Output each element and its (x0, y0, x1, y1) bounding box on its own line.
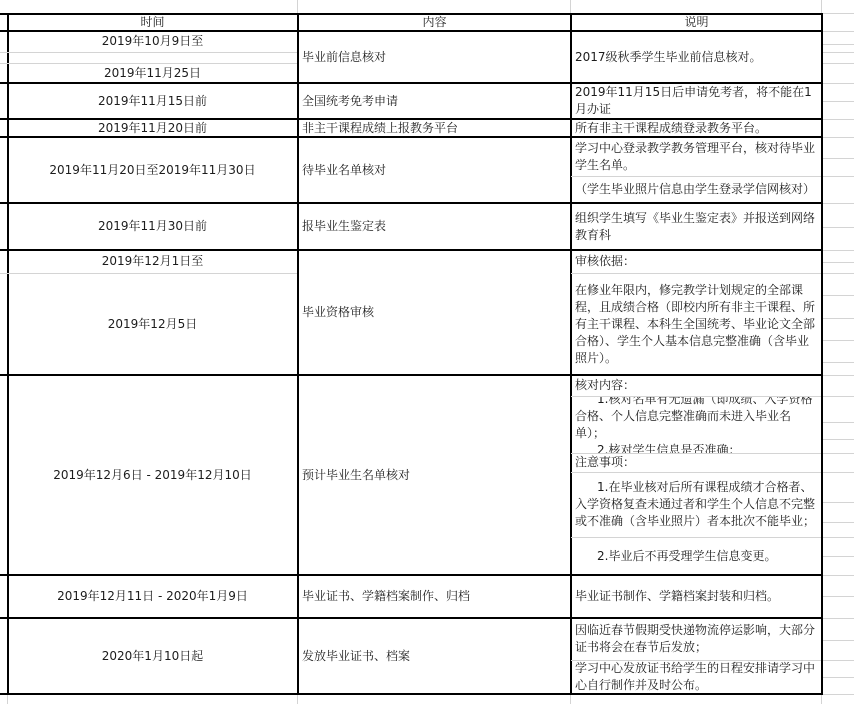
content-text: 毕业资格审核 (302, 304, 568, 321)
table-border-line (570, 13, 572, 695)
time-text: 2020年1月10日起 (7, 648, 298, 665)
time-text: 2019年12月1日至 (7, 253, 298, 270)
time-cell: 2019年12月5日 (7, 273, 298, 375)
gridline (823, 44, 854, 45)
content-text: 发放毕业证书、档案 (302, 648, 568, 665)
table-border-line (0, 13, 823, 15)
note-cell: 1.核对名单有无遗漏（即成绩、入学资格合格、个人信息完整准确而未进入毕业名单）；… (571, 396, 822, 453)
note-cell: 2.毕业后不再受理学生信息变更。 (571, 537, 822, 575)
gridline (823, 694, 854, 695)
note-cell: 在修业年限内，修完教学计划规定的全部课程，且成绩合格（即校内所有非主干课程、所有… (571, 273, 822, 375)
note-cell: 1.在毕业核对后所有课程成绩才合格者、入学资格复查未通过者和学生个人信息不完整或… (571, 472, 822, 537)
gridline (821, 695, 822, 704)
gridline (823, 537, 854, 538)
content-cell: 全国统考免考申请 (298, 83, 571, 119)
table-border-line (0, 617, 823, 619)
note-text: （学生毕业照片信息由学生登录学信网核对） (575, 181, 819, 198)
note-text: 1.在毕业核对后所有课程成绩才合格者、入学资格复查未通过者和学生个人信息不完整或… (575, 479, 819, 530)
gridline (823, 375, 854, 376)
time-cell (7, 52, 298, 63)
spreadsheet-view: 时间 内容 说明 2019年10月9日至 2019年11月25日 毕业前信息核对… (0, 0, 854, 704)
time-cell: 2020年1月10日起 (7, 618, 298, 694)
table-border-line (0, 374, 823, 376)
gridline (571, 537, 821, 538)
note-cell: （学生毕业照片信息由学生登录学信网核对） (571, 176, 822, 203)
content-text: 待毕业名单核对 (302, 162, 568, 179)
gridline (823, 63, 854, 64)
gridline (823, 273, 854, 274)
note-text: 在修业年限内，修完教学计划规定的全部课程，且成绩合格（即校内所有非主干课程、所有… (575, 282, 819, 367)
gridline (823, 340, 854, 341)
table-border-line (297, 13, 299, 695)
content-text: 毕业证书、学籍档案制作、归档 (302, 588, 568, 605)
gridline (571, 396, 821, 397)
gridline (823, 362, 854, 363)
gridline (571, 176, 821, 177)
content-cell: 报毕业生鉴定表 (298, 203, 571, 250)
note-cell: 所有非主干课程成绩登录教务平台。 (571, 119, 822, 137)
note-text: 学习中心登录教学教务管理平台，核对待毕业学生名单。 (575, 140, 819, 174)
time-text: 2019年11月15日前 (7, 93, 298, 110)
gridline (823, 227, 854, 228)
content-text: 非主干课程成绩上报教务平台 (302, 120, 568, 137)
note-text: 2.核对学生信息是否准确； (575, 442, 819, 454)
time-text: 2019年12月5日 (7, 316, 298, 333)
header-notes-label: 说明 (571, 14, 822, 31)
gridline (823, 502, 854, 503)
gridline (823, 250, 854, 251)
note-text: 2017级秋季学生毕业前信息核对。 (575, 49, 819, 66)
note-cell: 学习中心登录教学教务管理平台，核对待毕业学生名单。 (571, 137, 822, 176)
gridline (823, 52, 854, 53)
content-text: 报毕业生鉴定表 (302, 218, 568, 235)
gridline (823, 203, 854, 204)
note-text: 2019年11月15日后申请免考者，将不能在1月办证 (575, 84, 819, 118)
table-border-line (0, 693, 823, 695)
time-cell: 2019年11月25日 (7, 63, 298, 83)
gridline (570, 0, 571, 13)
content-text: 预计毕业生名单核对 (302, 467, 568, 484)
table-border-line (0, 202, 823, 204)
note-cell: 核对内容： (571, 375, 822, 396)
note-cell: 注意事项： (571, 453, 822, 472)
content-cell: 毕业证书、学籍档案制作、归档 (298, 575, 571, 618)
content-text: 毕业前信息核对 (302, 49, 568, 66)
gridline (823, 119, 854, 120)
gridline (823, 101, 854, 102)
content-cell: 非主干课程成绩上报教务平台 (298, 119, 571, 137)
gridline (823, 439, 854, 440)
gridline (823, 596, 854, 597)
note-cell: 学习中心发放证书给学生的日程安排请学习中心自行制作并及时公布。 (571, 660, 822, 694)
note-text: 2.毕业后不再受理学生信息变更。 (575, 548, 819, 565)
time-cell: 2019年12月6日 - 2019年12月10日 (7, 375, 298, 575)
gridline (823, 158, 854, 159)
time-text: 2019年10月9日至 (7, 33, 298, 50)
header-cell-content: 内容 (298, 14, 571, 31)
time-cell: 2019年11月20日至2019年11月30日 (7, 137, 298, 203)
content-cell: 发放毕业证书、档案 (298, 618, 571, 694)
gridline (823, 618, 854, 619)
gridline (570, 695, 571, 704)
time-text: 2019年11月25日 (7, 65, 298, 82)
table-border-line (0, 30, 823, 32)
gridline (823, 83, 854, 84)
gridline (823, 295, 854, 296)
header-cell-time: 时间 (7, 14, 298, 31)
time-cell: 2019年11月20日前 (7, 119, 298, 137)
time-cell: 2019年12月11日 - 2020年1月9日 (7, 575, 298, 618)
gridline (571, 453, 821, 454)
header-time-label: 时间 (7, 14, 298, 31)
gridline (571, 273, 821, 274)
time-cell: 2019年10月9日至 (7, 31, 298, 52)
note-cell: 组织学生填写《毕业生鉴定表》并报送到网络教育科 (571, 203, 822, 250)
time-text: 2019年11月20日前 (7, 120, 298, 137)
gridline (823, 575, 854, 576)
gridline (0, 52, 297, 53)
gridline (297, 0, 298, 13)
note-cell: 毕业证书制作、学籍档案封装和归档。 (571, 575, 822, 618)
gridline (297, 695, 298, 704)
gridline (823, 176, 854, 177)
note-text: 学习中心发放证书给学生的日程安排请学习中心自行制作并及时公布。 (575, 660, 819, 694)
time-text: 2019年12月6日 - 2019年12月10日 (7, 467, 298, 484)
gridline (823, 262, 854, 263)
note-text: 注意事项： (575, 454, 819, 471)
gridline (823, 13, 854, 14)
table-border-line (0, 136, 823, 138)
gridline (823, 556, 854, 557)
note-text: 所有非主干课程成绩登录教务平台。 (575, 120, 819, 137)
gridline (823, 453, 854, 454)
time-text: 2019年12月11日 - 2020年1月9日 (7, 588, 298, 605)
table-border-line (0, 82, 823, 84)
gridline (823, 640, 854, 641)
gridline (823, 522, 854, 523)
time-cell: 2019年12月1日至 (7, 250, 298, 273)
time-text: 2019年11月30日前 (7, 218, 298, 235)
gridline (0, 273, 297, 274)
time-cell: 2019年11月30日前 (7, 203, 298, 250)
header-cell-notes: 说明 (571, 14, 822, 31)
note-text: 因临近春节假期受快递物流停运影响，大部分证书将会在春节后发放； (575, 622, 819, 656)
table-border-line (0, 118, 823, 120)
gridline (823, 422, 854, 423)
gridline (823, 396, 854, 397)
table-border-line (0, 249, 823, 251)
note-cell: 因临近春节假期受快递物流停运影响，大部分证书将会在春节后发放； (571, 618, 822, 660)
gridline (823, 660, 854, 661)
gridline (821, 0, 822, 13)
content-cell: 预计毕业生名单核对 (298, 375, 571, 575)
content-text: 全国统考免考申请 (302, 93, 568, 110)
gridline (0, 63, 297, 64)
time-text: 2019年11月20日至2019年11月30日 (7, 162, 298, 179)
header-content-label: 内容 (298, 14, 571, 31)
gridline (823, 472, 854, 473)
note-cell: 2017级秋季学生毕业前信息核对。 (571, 31, 822, 83)
content-cell: 毕业资格审核 (298, 250, 571, 375)
gridline (823, 137, 854, 138)
note-text: 审核依据： (575, 253, 819, 270)
gridline (823, 31, 854, 32)
table-border-line (0, 574, 823, 576)
gridline (571, 660, 821, 661)
table-border-line (7, 13, 9, 695)
note-text: 核对内容： (575, 377, 819, 394)
gridline (571, 472, 821, 473)
content-cell: 毕业前信息核对 (298, 31, 571, 83)
note-text: 1.核对名单有无遗漏（即成绩、入学资格合格、个人信息完整准确而未进入毕业名单）； (575, 396, 819, 442)
content-cell: 待毕业名单核对 (298, 137, 571, 203)
table-border-line (821, 13, 823, 695)
time-cell: 2019年11月15日前 (7, 83, 298, 119)
gridline (823, 318, 854, 319)
note-text: 毕业证书制作、学籍档案封装和归档。 (575, 588, 819, 605)
gridline (823, 677, 854, 678)
note-cell: 审核依据： (571, 250, 822, 273)
note-text: 组织学生填写《毕业生鉴定表》并报送到网络教育科 (575, 210, 819, 244)
gridline (7, 695, 8, 704)
note-cell: 2019年11月15日后申请免考者，将不能在1月办证 (571, 83, 822, 119)
